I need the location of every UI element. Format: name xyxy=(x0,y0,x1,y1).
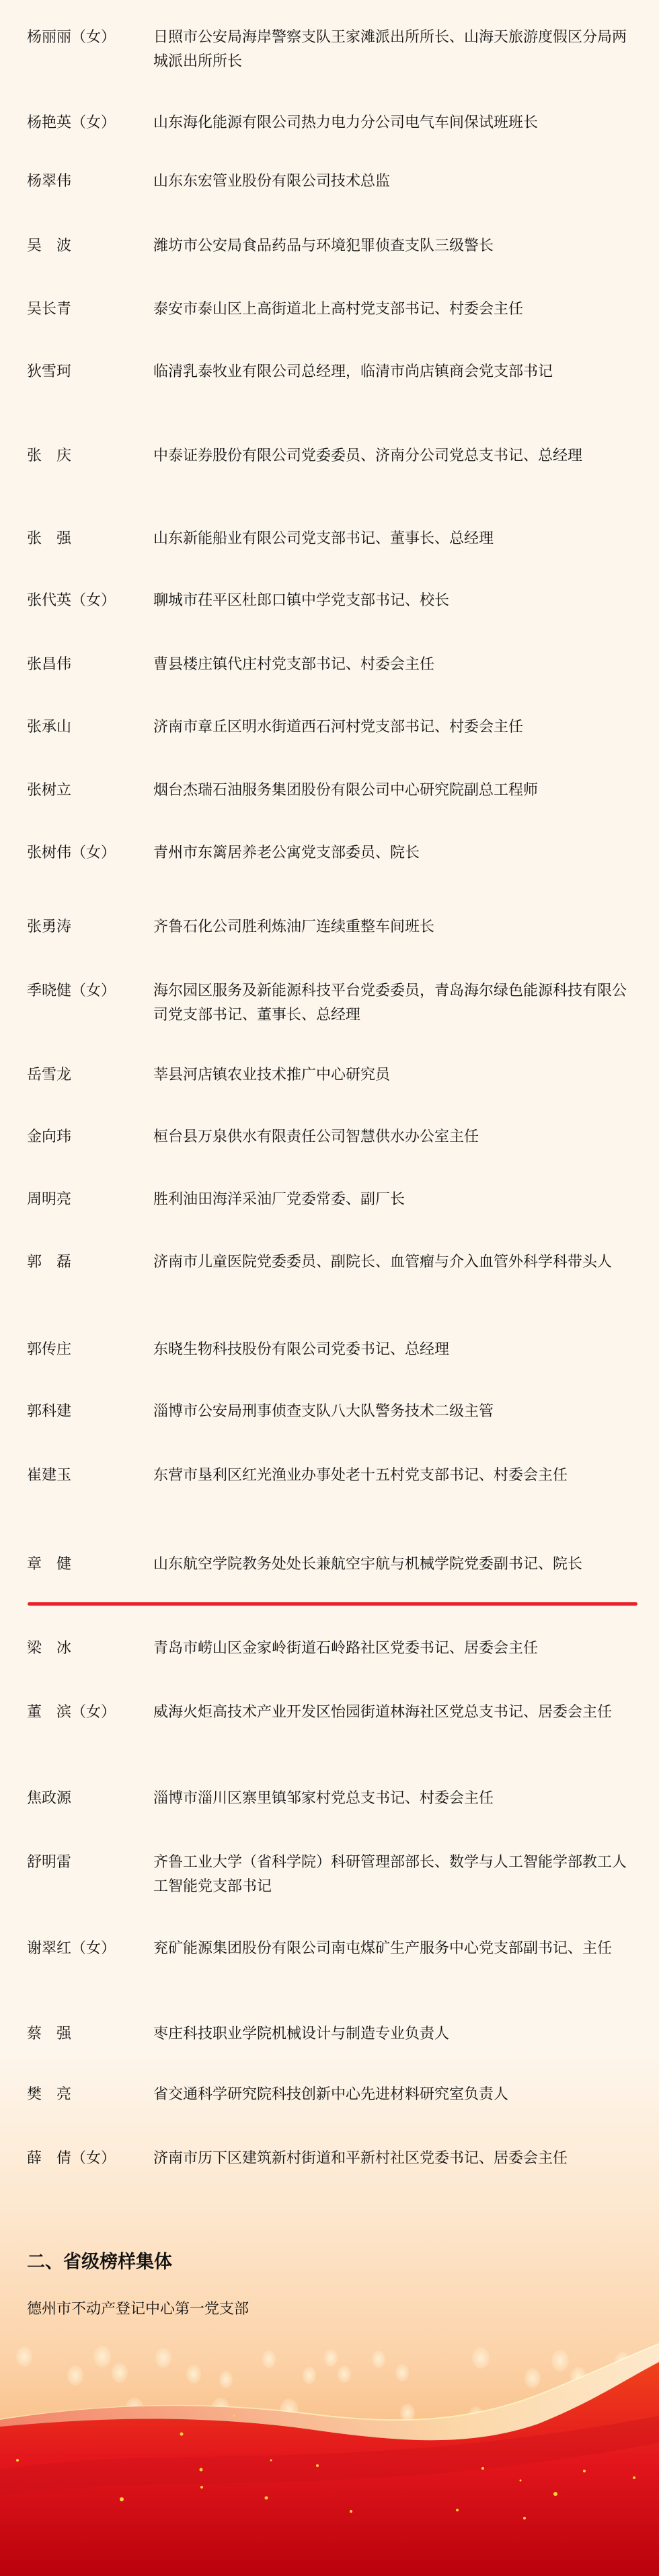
honoree-row: 金向玮桓台县万泉供水有限责任公司智慧供水办公室主任 xyxy=(27,1125,632,1149)
honoree-title: 东晓生物科技股份有限公司党委书记、总经理 xyxy=(153,1338,632,1362)
honoree-name: 樊 亮 xyxy=(27,2083,153,2107)
honoree-name: 郭科建 xyxy=(27,1400,153,1424)
honoree-name: 舒明雷 xyxy=(27,1851,153,1899)
honoree-name: 季晓健（女） xyxy=(27,979,153,1028)
honoree-name: 杨翠伟 xyxy=(27,170,153,194)
honoree-title: 淄博市淄川区寨里镇邹家村党总支书记、村委会主任 xyxy=(153,1787,632,1811)
honoree-name: 崔建玉 xyxy=(27,1464,153,1488)
honoree-title: 莘县河店镇农业技术推广中心研究员 xyxy=(153,1063,632,1087)
honoree-row: 郭传庄东晓生物科技股份有限公司党委书记、总经理 xyxy=(27,1338,632,1362)
honoree-name: 焦政源 xyxy=(27,1787,153,1811)
honoree-row: 杨翠伟山东东宏管业股份有限公司技术总监 xyxy=(27,170,632,194)
honoree-title: 山东海化能源有限公司热力电力分公司电气车间保试班班长 xyxy=(153,111,632,135)
honoree-title: 中泰证券股份有限公司党委委员、济南分公司党总支书记、总经理 xyxy=(153,444,632,468)
honoree-name: 章 健 xyxy=(27,1552,153,1577)
section-heading: 二、省级榜样集体 xyxy=(27,2249,172,2276)
honoree-row: 薛 倩（女）济南市历下区建筑新村街道和平新村社区党委书记、居委会主任 xyxy=(27,2147,632,2171)
honoree-row: 杨丽丽（女）日照市公安局海岸警察支队王家滩派出所所长、山海天旅游度假区分局两城派… xyxy=(27,26,632,74)
honoree-title: 济南市章丘区明水街道西石河村党支部书记、村委会主任 xyxy=(153,715,632,740)
honoree-row: 张树伟（女）青州市东篱居养老公寓党支部委员、院长 xyxy=(27,841,632,865)
honoree-title: 济南市儿童医院党委委员、副院长、血管瘤与介入血管外科学科带头人 xyxy=(153,1250,632,1275)
honoree-row: 章 健山东航空学院教务处处长兼航空宇航与机械学院党委副书记、院长 xyxy=(27,1552,632,1577)
honoree-row: 舒明雷齐鲁工业大学（省科学院）科研管理部部长、数学与人工智能学部教工人工智能党支… xyxy=(27,1851,632,1899)
honoree-name: 杨丽丽（女） xyxy=(27,26,153,74)
honoree-row: 樊 亮省交通科学研究院科技创新中心先进材料研究室负责人 xyxy=(27,2083,632,2107)
honoree-title: 桓台县万泉供水有限责任公司智慧供水办公室主任 xyxy=(153,1125,632,1149)
honoree-title: 齐鲁工业大学（省科学院）科研管理部部长、数学与人工智能学部教工人工智能党支部书记 xyxy=(153,1851,632,1899)
honoree-name: 张承山 xyxy=(27,715,153,740)
honoree-name: 梁 冰 xyxy=(27,1637,153,1661)
honoree-name: 吴长青 xyxy=(27,297,153,322)
honoree-title: 海尔园区服务及新能源科技平台党委委员，青岛海尔绿色能源科技有限公司党支部书记、董… xyxy=(153,979,632,1028)
honoree-title: 山东新能船业有限公司党支部书记、董事长、总经理 xyxy=(153,527,632,551)
honoree-row: 吴长青泰安市泰山区上高街道北上高村党支部书记、村委会主任 xyxy=(27,297,632,322)
honoree-row: 蔡 强枣庄科技职业学院机械设计与制造专业负责人 xyxy=(27,2022,632,2046)
red-flag-banner-decoration xyxy=(0,2342,659,2576)
honoree-name: 周明亮 xyxy=(27,1188,153,1212)
honoree-title: 山东航空学院教务处处长兼航空宇航与机械学院党委副书记、院长 xyxy=(153,1552,632,1577)
honoree-row: 张 庆中泰证券股份有限公司党委委员、济南分公司党总支书记、总经理 xyxy=(27,444,632,468)
honoree-name: 张昌伟 xyxy=(27,653,153,677)
honoree-row: 周明亮胜利油田海洋采油厂党委常委、副厂长 xyxy=(27,1188,632,1212)
honoree-title: 青岛市崂山区金家岭街道石岭路社区党委书记、居委会主任 xyxy=(153,1637,632,1661)
honoree-title: 烟台杰瑞石油服务集团股份有限公司中心研究院副总工程师 xyxy=(153,779,632,803)
honoree-name: 谢翠红（女） xyxy=(27,1937,153,1961)
honoree-name: 张 庆 xyxy=(27,444,153,468)
honoree-name: 岳雪龙 xyxy=(27,1063,153,1087)
honoree-row: 张 强山东新能船业有限公司党支部书记、董事长、总经理 xyxy=(27,527,632,551)
honoree-title: 日照市公安局海岸警察支队王家滩派出所所长、山海天旅游度假区分局两城派出所所长 xyxy=(153,26,632,74)
honoree-title: 兖矿能源集团股份有限公司南屯煤矿生产服务中心党支部副书记、主任 xyxy=(153,1937,632,1961)
honoree-title: 威海火炬高技术产业开发区怡园街道林海社区党总支书记、居委会主任 xyxy=(153,1701,632,1725)
honoree-title: 省交通科学研究院科技创新中心先进材料研究室负责人 xyxy=(153,2083,632,2107)
honoree-title: 泰安市泰山区上高街道北上高村党支部书记、村委会主任 xyxy=(153,297,632,322)
honoree-name: 张树伟（女） xyxy=(27,841,153,865)
red-divider xyxy=(28,1602,637,1606)
honoree-name: 张代英（女） xyxy=(27,589,153,613)
honoree-title: 青州市东篱居养老公寓党支部委员、院长 xyxy=(153,841,632,865)
honoree-row: 杨艳英（女）山东海化能源有限公司热力电力分公司电气车间保试班班长 xyxy=(27,111,632,135)
honoree-title: 临清乳泰牧业有限公司总经理，临清市尚店镇商会党支部书记 xyxy=(153,360,632,384)
honoree-name: 郭传庄 xyxy=(27,1338,153,1362)
honoree-row: 张代英（女）聊城市茌平区杜郎口镇中学党支部书记、校长 xyxy=(27,589,632,613)
honoree-name: 郭 磊 xyxy=(27,1250,153,1275)
honoree-title: 山东东宏管业股份有限公司技术总监 xyxy=(153,170,632,194)
honoree-name: 吴 波 xyxy=(27,234,153,258)
honoree-title: 东营市垦利区红光渔业办事处老十五村党支部书记、村委会主任 xyxy=(153,1464,632,1488)
honoree-row: 岳雪龙莘县河店镇农业技术推广中心研究员 xyxy=(27,1063,632,1087)
honoree-title: 胜利油田海洋采油厂党委常委、副厂长 xyxy=(153,1188,632,1212)
honoree-title: 枣庄科技职业学院机械设计与制造专业负责人 xyxy=(153,2022,632,2046)
honoree-row: 吴 波潍坊市公安局食品药品与环境犯罪侦查支队三级警长 xyxy=(27,234,632,258)
honoree-row: 季晓健（女）海尔园区服务及新能源科技平台党委委员，青岛海尔绿色能源科技有限公司党… xyxy=(27,979,632,1028)
honoree-row: 郭 磊济南市儿童医院党委委员、副院长、血管瘤与介入血管外科学科带头人 xyxy=(27,1250,632,1275)
honoree-name: 张 强 xyxy=(27,527,153,551)
honoree-row: 张树立烟台杰瑞石油服务集团股份有限公司中心研究院副总工程师 xyxy=(27,779,632,803)
honoree-title: 济南市历下区建筑新村街道和平新村社区党委书记、居委会主任 xyxy=(153,2147,632,2171)
honoree-row: 董 滨（女）威海火炬高技术产业开发区怡园街道林海社区党总支书记、居委会主任 xyxy=(27,1701,632,1725)
honoree-title: 曹县楼庄镇代庄村党支部书记、村委会主任 xyxy=(153,653,632,677)
honoree-name: 蔡 强 xyxy=(27,2022,153,2046)
honoree-row: 梁 冰青岛市崂山区金家岭街道石岭路社区党委书记、居委会主任 xyxy=(27,1637,632,1661)
honoree-name: 杨艳英（女） xyxy=(27,111,153,135)
honoree-name: 张勇涛 xyxy=(27,915,153,939)
honoree-name: 狄雪珂 xyxy=(27,360,153,384)
honoree-row: 张勇涛齐鲁石化公司胜利炼油厂连续重整车间班长 xyxy=(27,915,632,939)
honoree-row: 张昌伟曹县楼庄镇代庄村党支部书记、村委会主任 xyxy=(27,653,632,677)
honoree-title: 聊城市茌平区杜郎口镇中学党支部书记、校长 xyxy=(153,589,632,613)
honoree-title: 潍坊市公安局食品药品与环境犯罪侦查支队三级警长 xyxy=(153,234,632,258)
honoree-row: 焦政源淄博市淄川区寨里镇邹家村党总支书记、村委会主任 xyxy=(27,1787,632,1811)
honoree-row: 谢翠红（女）兖矿能源集团股份有限公司南屯煤矿生产服务中心党支部副书记、主任 xyxy=(27,1937,632,1961)
collective-item: 德州市不动产登记中心第一党支部 xyxy=(27,2297,249,2322)
honoree-title: 淄博市公安局刑事侦查支队八大队警务技术二级主管 xyxy=(153,1400,632,1424)
honoree-name: 薛 倩（女） xyxy=(27,2147,153,2171)
honoree-name: 董 滨（女） xyxy=(27,1701,153,1725)
honoree-name: 金向玮 xyxy=(27,1125,153,1149)
honoree-row: 郭科建淄博市公安局刑事侦查支队八大队警务技术二级主管 xyxy=(27,1400,632,1424)
honoree-row: 张承山济南市章丘区明水街道西石河村党支部书记、村委会主任 xyxy=(27,715,632,740)
honoree-title: 齐鲁石化公司胜利炼油厂连续重整车间班长 xyxy=(153,915,632,939)
honoree-name: 张树立 xyxy=(27,779,153,803)
honoree-row: 崔建玉东营市垦利区红光渔业办事处老十五村党支部书记、村委会主任 xyxy=(27,1464,632,1488)
honoree-row: 狄雪珂临清乳泰牧业有限公司总经理，临清市尚店镇商会党支部书记 xyxy=(27,360,632,384)
